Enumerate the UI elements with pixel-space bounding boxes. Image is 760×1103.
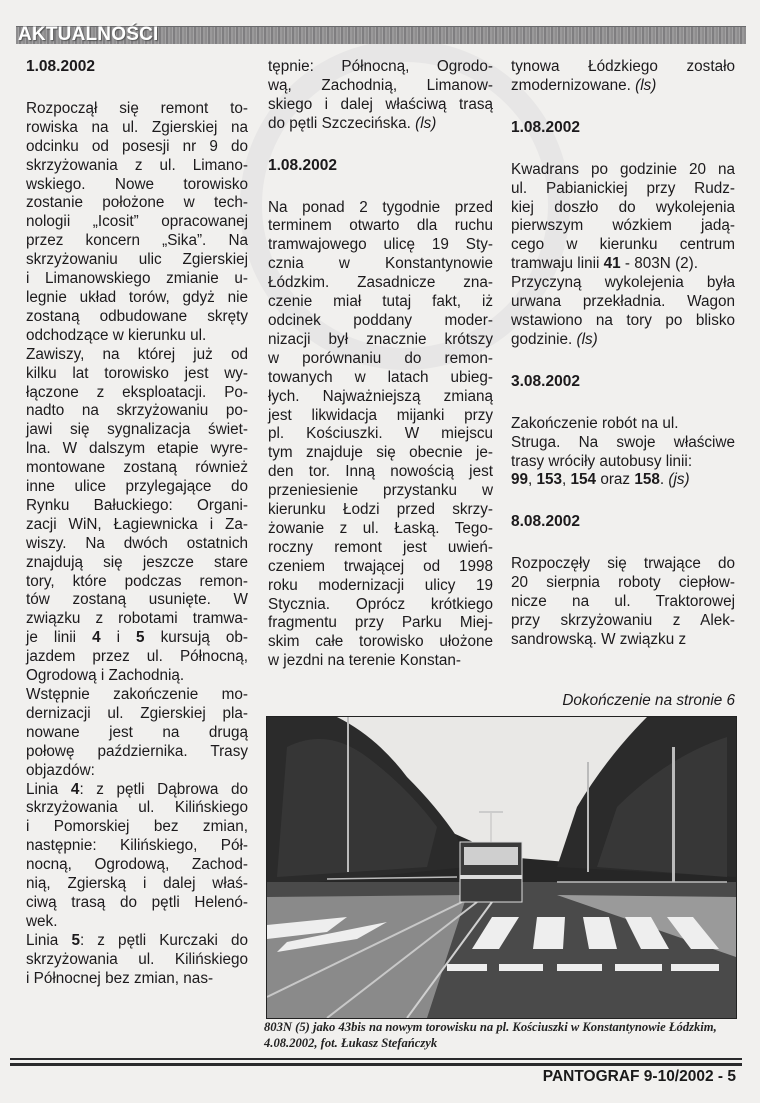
text-line: Rozpoczęły się trwające do xyxy=(511,555,735,574)
text-line: znajdują się jeszcze stare xyxy=(26,554,248,573)
text-line: pierwszym wózkiem jadą- xyxy=(511,217,735,236)
text-line: przeniesienie przystanku w xyxy=(268,482,493,501)
text-line: tym znajduje się obecnie je- xyxy=(268,444,493,463)
text-line: den tor. Inną nowością jest xyxy=(268,463,493,482)
article-date: 3.08.2002 xyxy=(511,373,735,392)
text-line: wek. xyxy=(26,913,248,932)
text-line: Stycznia. Oprócz krótkiego xyxy=(268,596,493,615)
text-line: łych. Najważniejszą zmianą xyxy=(268,388,493,407)
article-date: 8.08.2002 xyxy=(511,513,735,532)
text-line: w jezdni na terenie Konstan- xyxy=(268,652,493,671)
text-line: czeniem trwającej od 1998 xyxy=(268,558,493,577)
text-line: Linia 5: z pętli Kurczaki do xyxy=(26,932,248,951)
text-line: wstawiono na tory po blisko xyxy=(511,312,735,331)
text-line: wskiego. Nowe torowisko xyxy=(26,176,248,195)
text-line: Struga. Na swoje właściwe xyxy=(511,434,735,453)
text-line: tynowa Łódzkiego zostało xyxy=(511,58,735,77)
text-line: do pętli Szczecińska. (ls) xyxy=(268,115,493,134)
text-line: godzinie. (ls) xyxy=(511,331,735,350)
text-line: jest likwidacja mijanki przy xyxy=(268,407,493,426)
text-line: skrzyżowania ul. Kilińskiego xyxy=(26,799,248,818)
text-line: zostaną odbudowane skręty xyxy=(26,308,248,327)
text-line: i Pomorskiej bez zmian, xyxy=(26,818,248,837)
text-line: tramwajowego ulicę 19 Sty- xyxy=(268,236,493,255)
text-line: roku modernizacji ulicy 19 xyxy=(268,577,493,596)
text-line: czenie miał tutaj fakt, iż xyxy=(268,293,493,312)
text-line: nadto na skrzyżowaniu po- xyxy=(26,402,248,421)
text-line: żowanie z ul. Łaską. Tego- xyxy=(268,520,493,539)
text-line: roczny remont jest uwień- xyxy=(268,539,493,558)
text-line: Ogrodową i Zachodnią. xyxy=(26,667,248,686)
text-line: jazdem przez ul. Północną, xyxy=(26,648,248,667)
text-line: Linia 4: z pętli Dąbrowa do xyxy=(26,781,248,800)
text-line: nologii „Icosit” opracowanej xyxy=(26,213,248,232)
text-line: fragmentu przy Parku Miej- xyxy=(268,614,493,633)
column-2: tępnie: Północną, Ogrodo-wą, Zachodnią, … xyxy=(268,58,493,671)
text-line: i Północnej bez zmian, nas- xyxy=(26,970,248,989)
article-paragraph: Kwadrans po godzinie 20 naul. Pabianicki… xyxy=(511,161,735,350)
text-line: wą, Zachodnią, Limanow- xyxy=(268,77,493,96)
article-date: 1.08.2002 xyxy=(26,58,248,77)
tram-photo xyxy=(266,716,737,1019)
article-date: 1.08.2002 xyxy=(268,157,493,176)
text-line: je linii 4 i 5 kursują ob- xyxy=(26,629,248,648)
text-line: Na ponad 2 tygodnie przed xyxy=(268,199,493,218)
text-line: Kwadrans po godzinie 20 na xyxy=(511,161,735,180)
text-line: ciwą trasą do pętli Helenó- xyxy=(26,894,248,913)
article-date: 1.08.2002 xyxy=(511,119,735,138)
tram-street-image xyxy=(267,717,736,1018)
section-title: AKTUALNOŚCI xyxy=(18,24,158,46)
article-paragraph: tępnie: Północną, Ogrodo-wą, Zachodnią, … xyxy=(268,58,493,134)
column-3: tynowa Łódzkiego zostałozmodernizowane. … xyxy=(511,58,735,650)
text-line: nowane jest na drugą xyxy=(26,724,248,743)
footer-rule-top xyxy=(10,1058,742,1060)
text-line: inne ulice przylegające do xyxy=(26,478,248,497)
text-line: wiszy. Na dwóch ostatnich xyxy=(26,535,248,554)
text-line: rowiska na ul. Zgierskiej na xyxy=(26,119,248,138)
text-line: tory, które podczas remon- xyxy=(26,573,248,592)
text-line: towanych w latach ubieg- xyxy=(268,369,493,388)
text-line: skrzyżowaniu ulic Zgierskiej xyxy=(26,251,248,270)
text-line: i Limanowskiego zmianie u- xyxy=(26,270,248,289)
text-line: nocną, Ogrodową, Zachod- xyxy=(26,856,248,875)
text-line: kiej doszło do wykolejenia xyxy=(511,199,735,218)
text-line: zmodernizowane. (ls) xyxy=(511,77,735,96)
text-line: Przyczyną wykolejenia była xyxy=(511,274,735,293)
text-line: tów zostaną usunięte. W xyxy=(26,591,248,610)
article-paragraph: Zakończenie robót na ul.Struga. Na swoje… xyxy=(511,415,735,491)
text-line: jawi się sygnalizacja świet- xyxy=(26,421,248,440)
text-line: przy skrzyżowaniu z Alek- xyxy=(511,612,735,631)
text-line: ul. Pabianickiej przy Rudz- xyxy=(511,180,735,199)
text-line: Łódzkim. Zasadnicze zna- xyxy=(268,274,493,293)
text-line: legnie układ torów, gdyż nie xyxy=(26,289,248,308)
text-line: montowane zostaną również xyxy=(26,459,248,478)
text-line: skrzyżowania z ul. Limano- xyxy=(26,157,248,176)
text-line: przez koncern „Sika”. Na xyxy=(26,232,248,251)
footer-rule-bottom xyxy=(10,1063,742,1066)
text-line: połowę października. Trasy xyxy=(26,743,248,762)
text-line: skiego i dalej właściwą trasą xyxy=(268,96,493,115)
text-line: łączone z eksploatacji. Po- xyxy=(26,384,248,403)
text-line: lna. W dalszym etapie wyre- xyxy=(26,440,248,459)
text-line: Rynku Bałuckiego: Organi- xyxy=(26,497,248,516)
text-line: odcinku od posesji nr 9 do xyxy=(26,138,248,157)
text-line: trasy wróciły autobusy linii: xyxy=(511,453,735,472)
article-paragraph: Na ponad 2 tygodnie przedterminem otwart… xyxy=(268,199,493,672)
text-line: cznia w Konstantynowie xyxy=(268,255,493,274)
text-line: zacji WiN, Łagiewnicka i Za- xyxy=(26,516,248,535)
text-line: kilku lat torowisko jest wy- xyxy=(26,365,248,384)
page-footer: PANTOGRAF 9-10/2002 - 5 xyxy=(543,1068,736,1086)
text-line: kierunku Łodzi przed skrzy- xyxy=(268,501,493,520)
text-line: 99, 153, 154 oraz 158. (js) xyxy=(511,471,735,490)
text-line: skim całe torowisko ułożone xyxy=(268,633,493,652)
text-line: 20 sierpnia roboty ciepłow- xyxy=(511,574,735,593)
text-line: w porównaniu do remon- xyxy=(268,350,493,369)
text-line: nicze na ul. Traktorowej xyxy=(511,593,735,612)
text-line: cego w kierunku centrum xyxy=(511,236,735,255)
article-paragraph: Rozpoczęły się trwające do20 sierpnia ro… xyxy=(511,555,735,650)
text-line: dernizacji ul. Zgierskiej pla- xyxy=(26,705,248,724)
text-line: tramwaju linii 41 - 803N (2). xyxy=(511,255,735,274)
continuation-note: Dokończenie na stronie 6 xyxy=(511,692,735,710)
article-paragraph: Rozpoczął się remont to-rowiska na ul. Z… xyxy=(26,100,248,989)
text-line: Rozpoczął się remont to- xyxy=(26,100,248,119)
text-line: następnie: Kilińskiego, Pół- xyxy=(26,837,248,856)
text-line: Zawiszy, na której już od xyxy=(26,346,248,365)
text-line: urwana przekładnia. Wagon xyxy=(511,293,735,312)
text-line: nią, Zgierską i dalej właś- xyxy=(26,875,248,894)
text-line: skrzyżowania ul. Kilińskiego xyxy=(26,951,248,970)
text-line: nizacji był znacznie krótszy xyxy=(268,331,493,350)
article-paragraph: tynowa Łódzkiego zostałozmodernizowane. … xyxy=(511,58,735,96)
text-line: pl. Kościuszki. W miejscu xyxy=(268,425,493,444)
text-line: odcinek poddany moder- xyxy=(268,312,493,331)
text-line: sandrowską. W związku z xyxy=(511,631,735,650)
column-1: 1.08.2002Rozpoczął się remont to-rowiska… xyxy=(26,58,248,989)
text-line: zostanie położone w tech- xyxy=(26,194,248,213)
text-line: objazdów: xyxy=(26,762,248,781)
text-line: odchodzące w kierunku ul. xyxy=(26,327,248,346)
text-line: tępnie: Północną, Ogrodo- xyxy=(268,58,493,77)
photo-caption: 803N (5) jako 43bis na nowym torowisku n… xyxy=(264,1019,736,1051)
section-header-bar: AKTUALNOŚCI xyxy=(16,26,746,44)
text-line: Wstępnie zakończenie mo- xyxy=(26,686,248,705)
text-line: terminem otwarto dla ruchu xyxy=(268,217,493,236)
text-line: związku z robotami tramwa- xyxy=(26,610,248,629)
text-line: Zakończenie robót na ul. xyxy=(511,415,735,434)
